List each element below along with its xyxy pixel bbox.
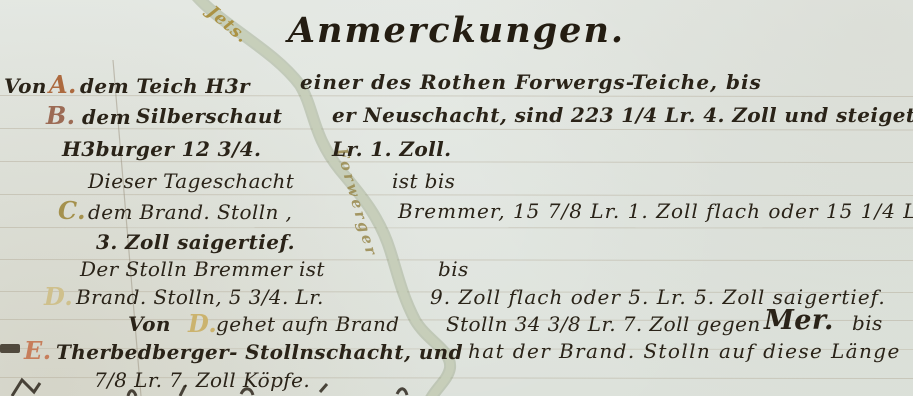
margin-letter-E: E. (24, 336, 51, 365)
line11: 7/8 Lr. 7. Zoll Köpfe. (94, 368, 310, 392)
line4-right: ist bis (392, 169, 455, 193)
line10-left: Therbedberger- Stollnschacht, und (56, 340, 463, 364)
line3-right: Lr. 1. Zoll. (332, 137, 451, 161)
fold-mark (0, 344, 20, 353)
line2-dem: dem (82, 105, 131, 129)
line6: 3. Zoll saigertief. (96, 230, 295, 254)
line9-mer: Mer. (764, 305, 834, 336)
line9-bis: bis (852, 311, 883, 335)
line9-von: Von (128, 312, 171, 336)
margin-letter-B: B. (46, 101, 75, 130)
line5-left: dem Brand. Stolln , (88, 200, 292, 224)
watercolor-stream (193, 0, 450, 396)
line4-left: Dieser Tageschacht (88, 169, 294, 193)
page-title: Anmerckungen. (0, 10, 913, 51)
line9-middle: gehet aufn Brand (216, 312, 399, 336)
margin-letter-D: D. (44, 282, 73, 311)
line7-right: bis (438, 257, 469, 281)
line9-rest: Stolln 34 3/8 Lr. 7. Zoll gegen (446, 312, 761, 336)
line2-rest: er Neuschacht, sind 223 1/4 Lr. 4. Zoll … (332, 103, 913, 127)
line3-left: H3burger 12 3/4. (62, 137, 261, 161)
line2-silberschaut: Silberschaut (136, 104, 282, 128)
line10-right: hat der Brand. Stolln auf diese Länge (468, 339, 901, 363)
line1-middle: dem Teich H3r (80, 74, 250, 98)
manuscript-page: Anmerckungen. Jets. Forwerger Von A. dem… (0, 0, 913, 396)
line5-right: Bremmer, 15 7/8 Lr. 1. Zoll flach oder 1… (398, 199, 913, 223)
inline-letter-D2: D. (188, 309, 217, 338)
line7-left: Der Stolln Bremmer ist (80, 257, 325, 281)
line1-von: Von (4, 74, 47, 98)
line8-left: Brand. Stolln, 5 3/4. Lr. (76, 285, 324, 309)
page-decoration-layer (0, 0, 913, 396)
margin-letter-A: A. (49, 70, 77, 99)
margin-letter-C: C. (58, 196, 86, 225)
line1-right: einer des Rothen Forwergs-Teiche, bis (300, 70, 762, 94)
